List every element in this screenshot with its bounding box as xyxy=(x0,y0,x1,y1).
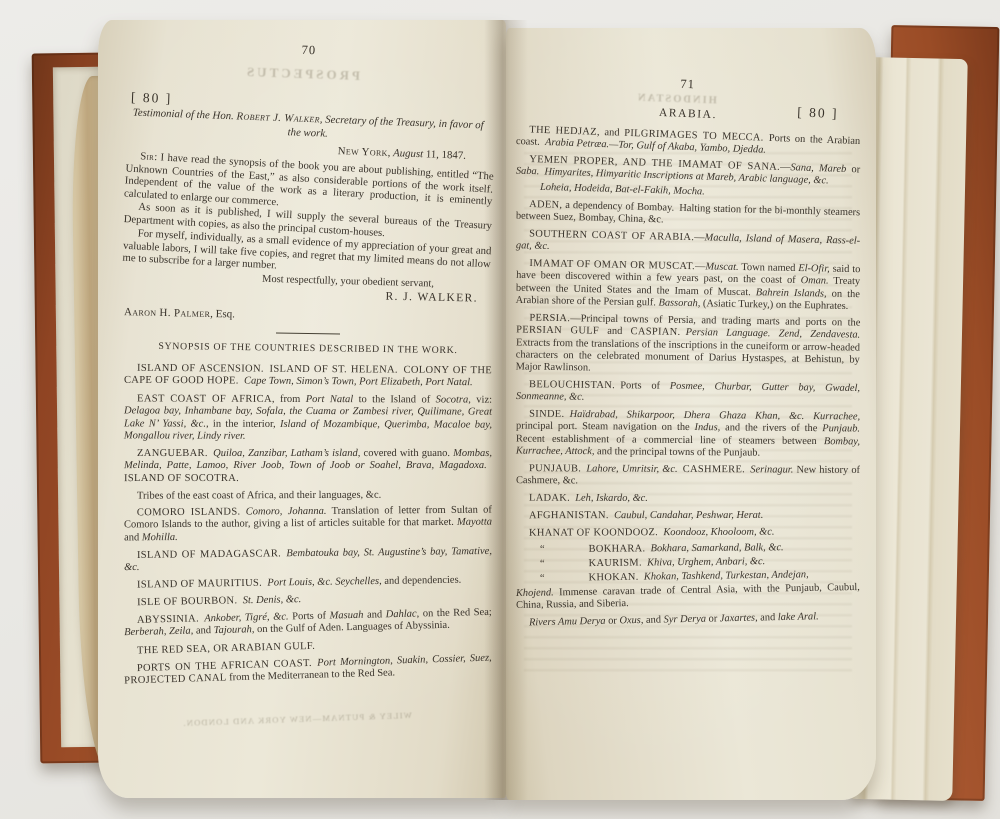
synopsis-entry: Tribes of the east coast of Africa, and … xyxy=(124,489,492,503)
synopsis-entry: EAST COAST OF AFRICA, from Port Natal to… xyxy=(124,393,492,444)
synopsis-entry: AFGHANISTAN. Caubul, Candahar, Peshwar, … xyxy=(516,510,860,523)
synopsis-entry: SINDE. Haïdrabad, Shikarpoor, Dhera Ghaz… xyxy=(516,409,860,461)
page-right-header: 71 [ 80 ] xyxy=(515,39,861,111)
page-right-content: 71 [ 80 ] ARABIA. THE HEDJAZ, and PILGRI… xyxy=(506,28,876,800)
synopsis-heading: SYNOPSIS OF THE COUNTRIES DESCRIBED IN T… xyxy=(124,340,492,358)
synopsis-entry: KHANAT OF KOONDOOZ. Koondooz, Khooloom, … xyxy=(516,526,860,540)
page-number-71: 71 xyxy=(516,71,860,97)
page-right: HINDOSTAN 71 [ 80 ] ARABIA. THE HEDJAZ, … xyxy=(506,28,876,800)
page-number-70: 70 xyxy=(125,37,493,63)
synopsis-entry: SOUTHERN COAST OF ARABIA.—Maculla, Islan… xyxy=(516,229,860,261)
synopsis-entry: PORTS ON THE AFRICAN COAST. Port Morning… xyxy=(124,652,493,688)
synopsis-entry: LADAK. Leh, Iskardo, &c. xyxy=(516,493,860,506)
synopsis-entry: ISLAND OF ASCENSION. ISLAND OF ST. HELEN… xyxy=(124,363,492,390)
synopsis-entry: BELOUCHISTAN. Ports of Posmee, Churbar, … xyxy=(516,379,860,408)
synopsis-entry: COMORO ISLANDS. Comoro, Johanna. Transla… xyxy=(124,505,492,545)
letter-addressee: Aaron H. Palmer, Esq. xyxy=(124,306,492,326)
synopsis-entries-right: THE HEDJAZ, and PILGRIMAGES TO MECCA. Po… xyxy=(516,130,860,626)
synopsis-entry: Khojend. Immense caravan trade of Centra… xyxy=(516,582,860,613)
page-left: PROSPECTUS WILEY & PUTNAM—NEW YORK AND L… xyxy=(98,20,506,798)
synopsis-entry: IMAMAT OF OMAN OR MUSCAT.—Muscat. Town n… xyxy=(516,258,861,314)
section-divider xyxy=(276,333,340,335)
page-left-content: 70 [ 80 ] Testimonial of the Hon. Robert… xyxy=(98,20,506,798)
synopsis-entry: ISLAND OF MAURITIUS. Port Louis, &c. Sey… xyxy=(124,575,492,593)
book-photo: PROSPECTUS WILEY & PUTNAM—NEW YORK AND L… xyxy=(0,0,1000,819)
synopsis-entries-left: ISLAND OF ASCENSION. ISLAND OF ST. HELEN… xyxy=(124,364,492,682)
synopsis-entry: PUNJAUB. Lahore, Umritsir, &c. CASHMERE.… xyxy=(516,463,860,489)
synopsis-entry: ADEN, a dependency of Bombay. Halting st… xyxy=(516,199,861,232)
synopsis-entry: PERSIA.—Principal towns of Persia, and t… xyxy=(516,313,861,380)
synopsis-entry: ZANGUEBAR. Quiloa, Zanzibar, Latham’s is… xyxy=(124,448,492,485)
synopsis-entry: Rivers Amu Derya or Oxus, and Syr Derya … xyxy=(516,610,860,629)
plate-mark-left: [ 80 ] xyxy=(131,91,173,105)
letter-body: Sir: I have read the synopsis of the boo… xyxy=(122,155,493,279)
synopsis-entry: ISLAND OF MADAGASCAR. Bembatouka bay, St… xyxy=(124,546,492,575)
page-left-header: 70 [ 80 ] xyxy=(123,33,493,116)
synopsis-entry: ABYSSINIA. Ankober, Tigré, &c. Ports of … xyxy=(124,607,492,640)
